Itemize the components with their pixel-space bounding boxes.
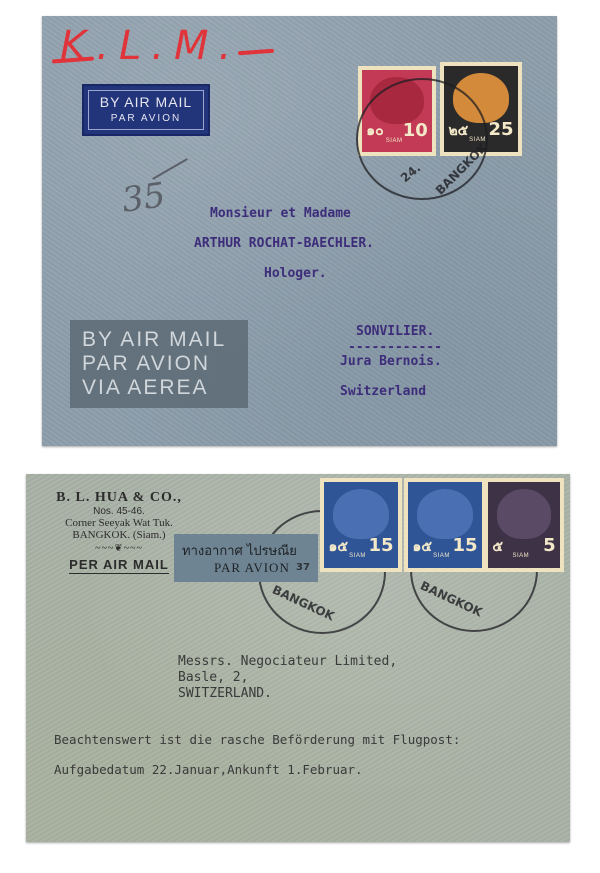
par-avion-text: PAR AVION [214, 560, 290, 576]
stamp-15-satang: ๑๕ SIAM 15 [320, 478, 402, 572]
sender-nos: Nos. 45-46. [44, 506, 194, 517]
address-line: Monsieur et Madame [210, 206, 351, 221]
address-line: Hologer. [264, 266, 327, 281]
sender-name: B. L. HUA & CO., [44, 490, 194, 506]
klm-handwriting: K.L.M. [60, 26, 241, 66]
sender-city: BANGKOK. (Siam.) [44, 529, 194, 541]
address-line: Messrs. Negociateur Limited, [178, 654, 397, 669]
message-line: Aufgabedatum 22.Januar,Ankunft 1.Februar… [54, 762, 363, 777]
address-line: Jura Bernois. [340, 354, 442, 369]
postmark-date: 37 [296, 562, 310, 573]
address-line: Switzerland [340, 384, 426, 399]
address-line: SONVILIER. [356, 324, 434, 339]
address-divider: ------------ [348, 340, 442, 355]
postmark-bangkok-top [356, 78, 488, 200]
sender-address: Corner Seeyak Wat Tuk. [44, 517, 194, 529]
stamp-value: 15 [369, 535, 394, 556]
pencil-note: 35 [119, 175, 167, 221]
address-line: ARTHUR ROCHAT-BAECHLER. [194, 236, 374, 251]
address-line: Basle, 2, [178, 670, 248, 685]
airmail-label-line2: PAR AVION [84, 113, 208, 124]
stamp-5-satang: ๕ SIAM 5 [484, 478, 564, 572]
address-line: SWITZERLAND. [178, 686, 272, 701]
ornament-icon: ~~~❦~~~ [44, 543, 194, 554]
stamp-value: 25 [489, 119, 514, 140]
airmail-label-blue: BY AIR MAIL PAR AVION [82, 84, 210, 136]
message-line: Beachtenswert ist die rasche Beförderung… [54, 732, 460, 747]
stamp-15-satang: ๑๕ SIAM 15 [404, 478, 486, 572]
per-air-mail: PER AIR MAIL [69, 557, 169, 574]
stamp-value: 5 [543, 535, 556, 556]
thai-airmail-label: ทางอากาศ ไปรษณีย PAR AVION [174, 534, 318, 582]
airmail-label-line1: BY AIR MAIL [84, 94, 208, 110]
thai-label-text: ทางอากาศ ไปรษณีย [182, 540, 297, 561]
printed-airmail-label: BY AIR MAIL PAR AVION VIA AEREA [70, 320, 248, 408]
stamp-value: 15 [453, 535, 478, 556]
sender-block: B. L. HUA & CO., Nos. 45-46. Corner Seey… [44, 490, 194, 574]
